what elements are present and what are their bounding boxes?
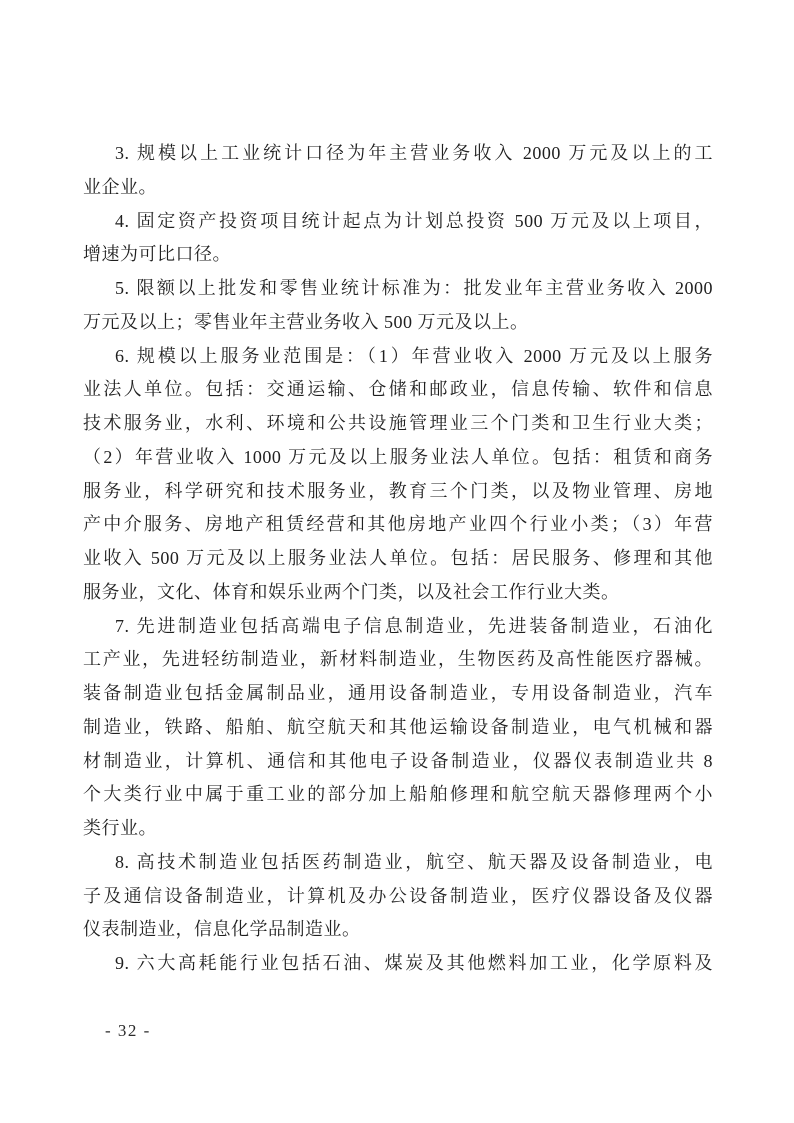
document-page: 3. 规模以上工业统计口径为年主营业务收入 2000 万元及以上的工 业企业。 … (0, 0, 794, 1123)
text-line: 8. 高技术制造业包括医药制造业，航空、航天器及设备制造业，电 (83, 846, 713, 880)
text-line: 7. 先进制造业包括高端电子信息制造业，先进装备制造业，石油化 (83, 610, 713, 644)
page-number: - 32 - (105, 1020, 151, 1042)
paragraph-note-9: 9. 六大高耗能行业包括石油、煤炭及其他燃料加工业，化学原料及 (83, 947, 713, 981)
paragraph-note-8: 8. 高技术制造业包括医药制造业，航空、航天器及设备制造业，电 子及通信设备制造… (83, 846, 713, 947)
text-line: 万元及以上；零售业年主营业务收入 500 万元及以上。 (83, 306, 713, 340)
text-line: 3. 规模以上工业统计口径为年主营业务收入 2000 万元及以上的工 (83, 137, 713, 171)
text-line: 装备制造业包括金属制品业，通用设备制造业，专用设备制造业，汽车 (83, 677, 713, 711)
text-line: 4. 固定资产投资项目统计起点为计划总投资 500 万元及以上项目， (83, 205, 713, 239)
text-line: 业企业。 (83, 171, 713, 205)
paragraph-note-7: 7. 先进制造业包括高端电子信息制造业，先进装备制造业，石油化 工产业，先进轻纺… (83, 610, 713, 846)
text-line: 业收入 500 万元及以上服务业法人单位。包括：居民服务、修理和其他 (83, 542, 713, 576)
text-line: 6. 规模以上服务业范围是：（1）年营业收入 2000 万元及以上服务 (83, 340, 713, 374)
text-line: 子及通信设备制造业，计算机及办公设备制造业，医疗仪器设备及仪器 (83, 880, 713, 914)
text-line: 业法人单位。包括：交通运输、仓储和邮政业，信息传输、软件和信息 (83, 373, 713, 407)
paragraph-note-5: 5. 限额以上批发和零售业统计标准为：批发业年主营业务收入 2000 万元及以上… (83, 272, 713, 340)
text-line: 仪表制造业，信息化学品制造业。 (83, 913, 713, 947)
text-line: 9. 六大高耗能行业包括石油、煤炭及其他燃料加工业，化学原料及 (83, 947, 713, 981)
text-line: 服务业，科学研究和技术服务业，教育三个门类，以及物业管理、房地 (83, 475, 713, 509)
text-line: 产中介服务、房地产租赁经营和其他房地产业四个行业小类；（3）年营 (83, 508, 713, 542)
text-line: 增速为可比口径。 (83, 238, 713, 272)
text-line: 类行业。 (83, 812, 713, 846)
text-line: 材制造业，计算机、通信和其他电子设备制造业，仪器仪表制造业共 8 (83, 745, 713, 779)
paragraph-note-4: 4. 固定资产投资项目统计起点为计划总投资 500 万元及以上项目， 增速为可比… (83, 205, 713, 273)
paragraph-note-6: 6. 规模以上服务业范围是：（1）年营业收入 2000 万元及以上服务 业法人单… (83, 340, 713, 610)
text-line: 技术服务业，水利、环境和公共设施管理业三个门类和卫生行业大类； (83, 407, 713, 441)
text-line: 工产业，先进轻纺制造业，新材料制造业，生物医药及高性能医疗器械。 (83, 643, 713, 677)
paragraph-note-3: 3. 规模以上工业统计口径为年主营业务收入 2000 万元及以上的工 业企业。 (83, 137, 713, 205)
text-line: 制造业，铁路、船舶、航空航天和其他运输设备制造业，电气机械和器 (83, 711, 713, 745)
document-body: 3. 规模以上工业统计口径为年主营业务收入 2000 万元及以上的工 业企业。 … (83, 137, 713, 981)
text-line: 服务业，文化、体育和娱乐业两个门类，以及社会工作行业大类。 (83, 576, 713, 610)
text-line: （2）年营业收入 1000 万元及以上服务业法人单位。包括：租赁和商务 (83, 441, 713, 475)
text-line: 5. 限额以上批发和零售业统计标准为：批发业年主营业务收入 2000 (83, 272, 713, 306)
text-line: 个大类行业中属于重工业的部分加上船舶修理和航空航天器修理两个小 (83, 778, 713, 812)
